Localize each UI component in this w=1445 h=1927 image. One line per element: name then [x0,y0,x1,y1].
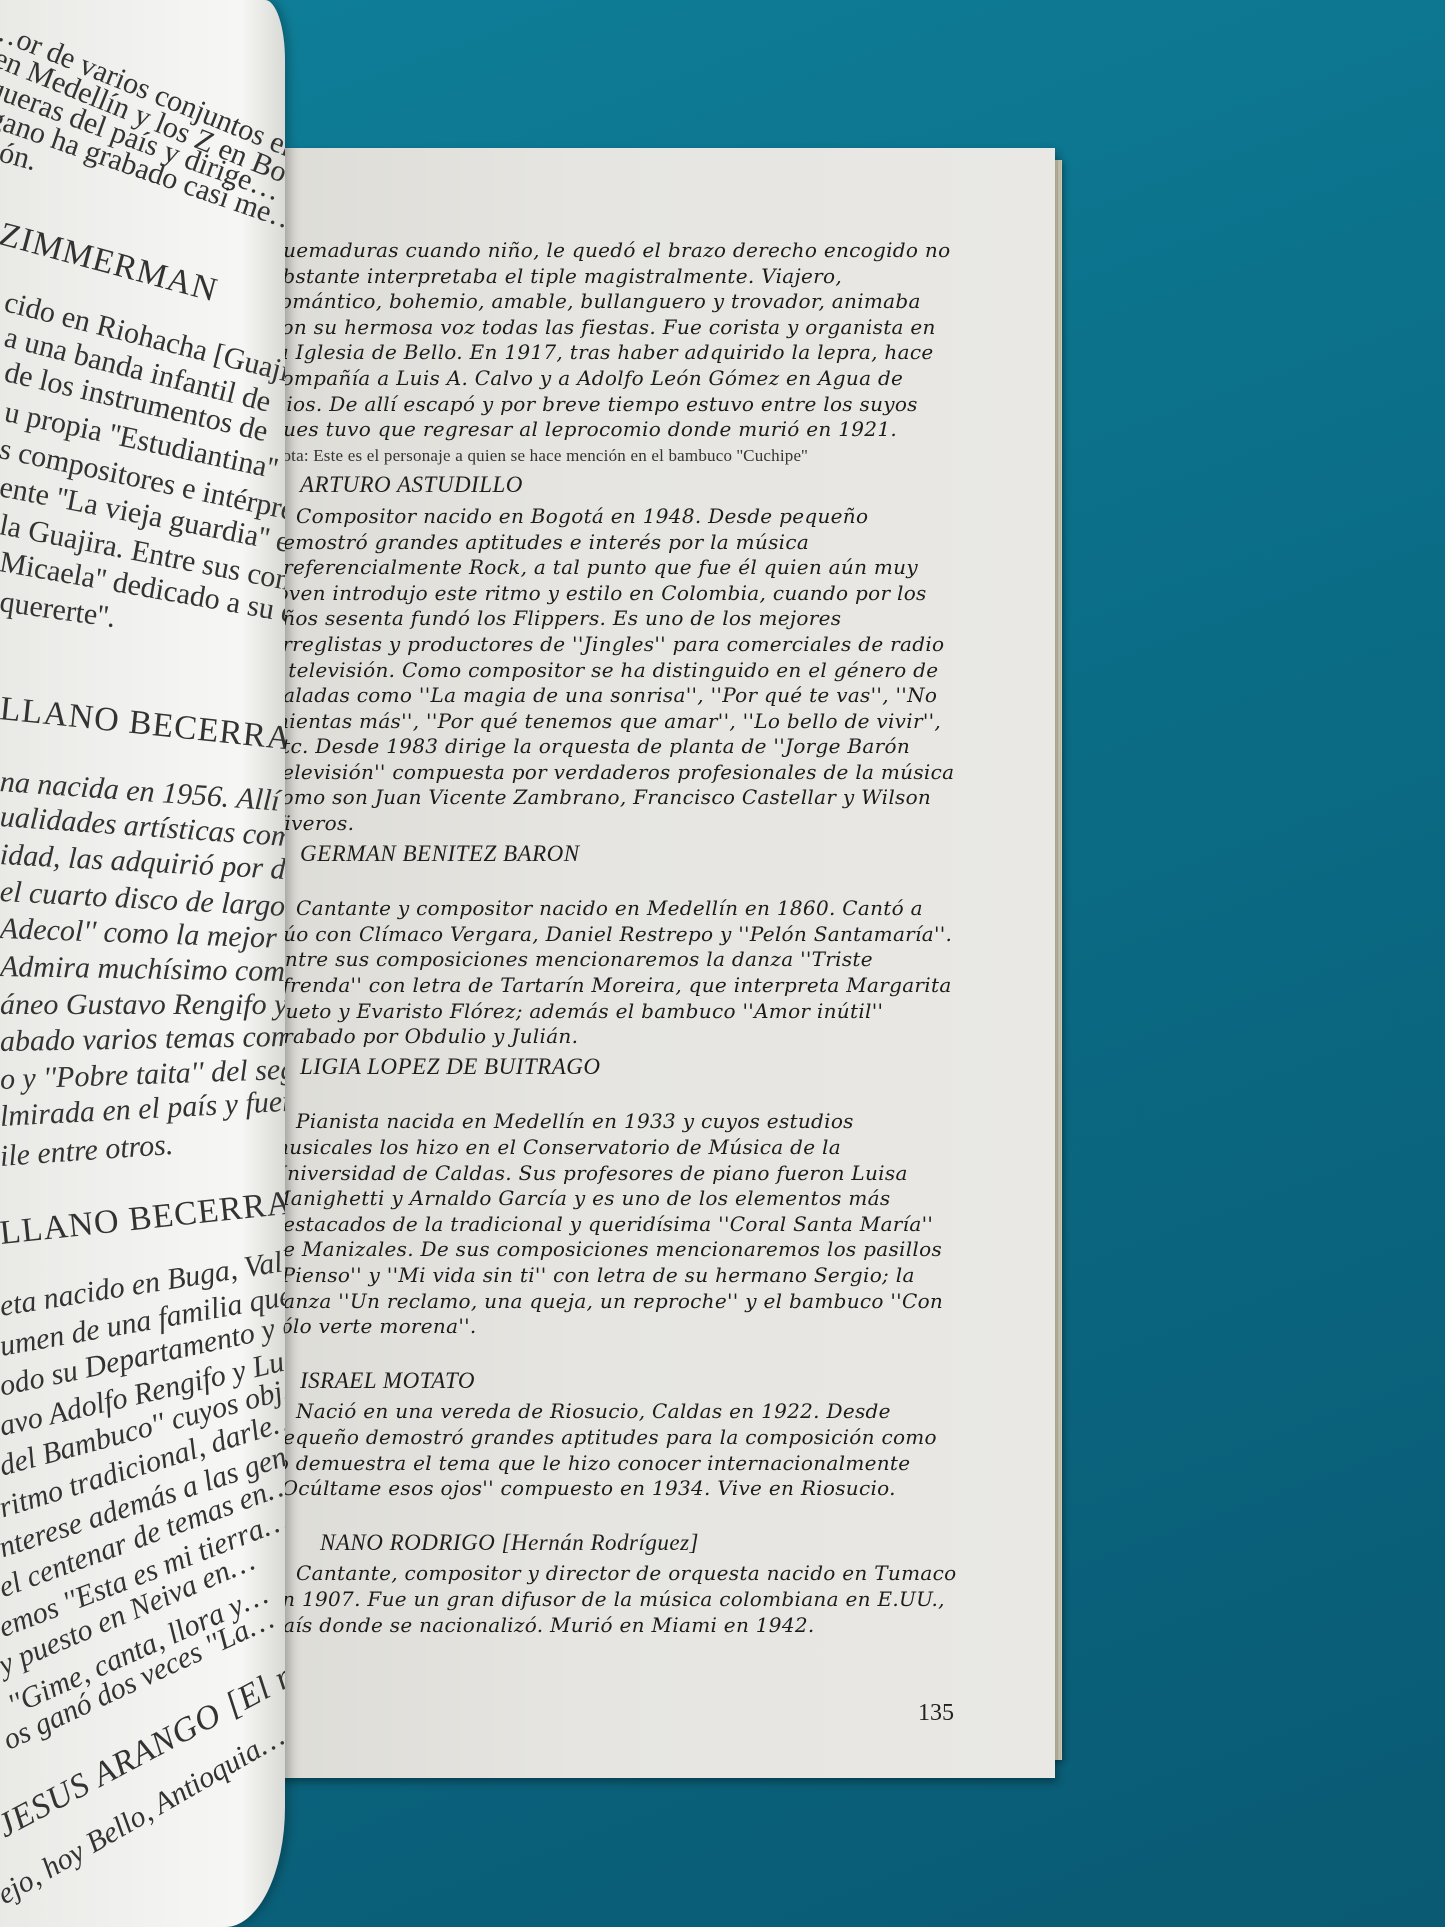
entry-text-rodrigo: Cantante, compositor y director de orque… [270,1561,960,1638]
entry-title-rodrigo: NANO RODRIGO [Hernán Rodríguez] [320,1530,960,1556]
right-page-text: quemaduras cuando niño, le quedó el braz… [270,238,960,1638]
entry-text-body: Cantante y compositor nacido en Medellín… [270,896,952,1048]
left-heading-llano-becerra-2: LLANO BECERRA [0,1184,285,1252]
entry-text-benitez: Cantante y compositor nacido en Medellín… [270,896,960,1050]
intro-continuation: quemaduras cuando niño, le quedó el braz… [270,238,960,443]
entry-title-benitez: GERMAN BENITEZ BARON [300,841,960,867]
left-heading-llano-becerra-1: LLANO BECERRA [0,690,285,758]
left-line: Admira muchísimo como… [0,950,285,990]
left-line: abado varios temas como… [0,1019,285,1059]
left-page: …or de varios conjuntos en el órgano de … [0,0,285,1927]
entry-text-body: Cantante, compositor y director de orque… [270,1561,956,1636]
entry-text-body: Pianista nacida en Medellín en 1933 y cu… [270,1109,943,1338]
entry-text-body: Nació en una vereda de Riosucio, Caldas … [270,1399,937,1500]
left-line: áneo Gustavo Rengifo y a… [0,988,285,1022]
entry-title-astudillo: ARTURO ASTUDILLO [300,472,960,498]
entry-title-lopez: LIGIA LOPEZ DE BUITRAGO [300,1054,960,1080]
intro-note: Nota: Este es el personaje a quien se ha… [270,443,960,469]
entry-text-body: Compositor nacido en Bogotá en 1948. Des… [270,504,954,835]
entry-text-astudillo: Compositor nacido en Bogotá en 1948. Des… [270,504,960,837]
entry-title-motato: ISRAEL MOTATO [300,1368,960,1394]
entry-text-lopez: Pianista nacida en Medellín en 1933 y cu… [270,1109,960,1339]
page-number: 135 [918,1700,954,1727]
left-line: ile entre otros. [0,1128,174,1174]
entry-text-motato: Nació en una vereda de Riosucio, Caldas … [270,1399,960,1501]
